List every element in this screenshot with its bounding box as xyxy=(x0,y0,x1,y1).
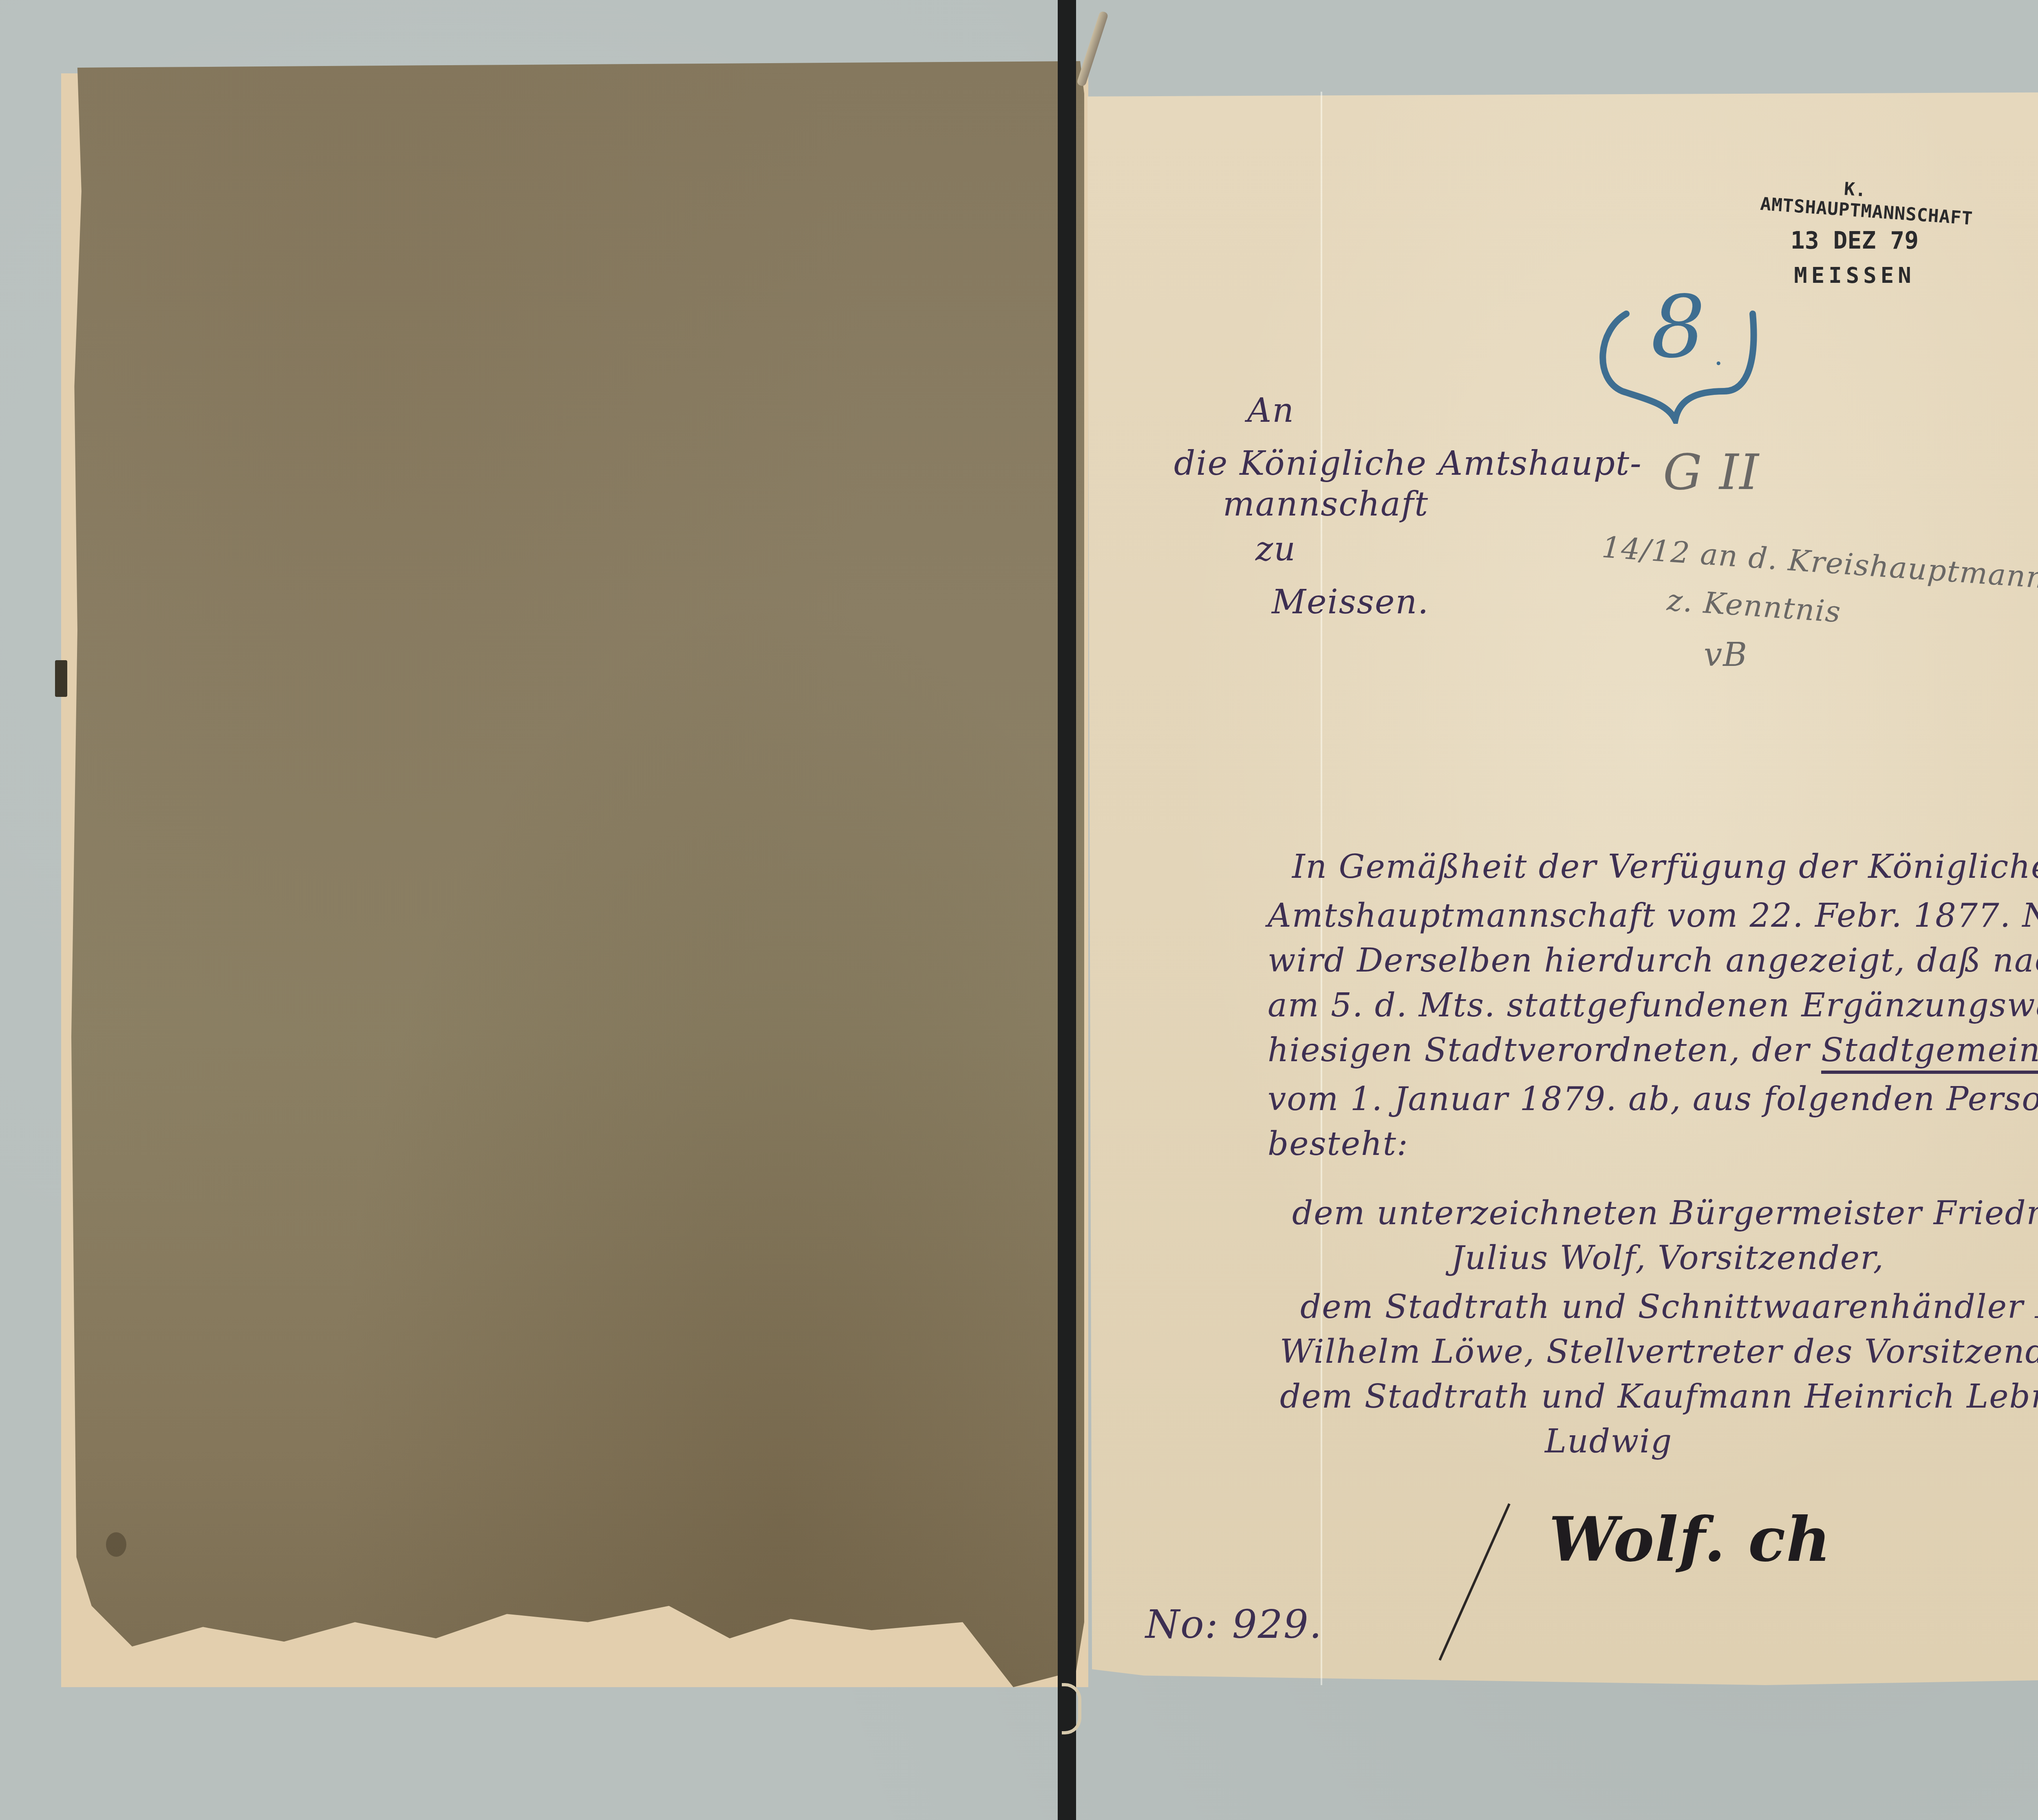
folder-cover xyxy=(71,61,1084,1687)
cover-tear xyxy=(55,660,67,697)
member-line-3: dem Stadtrath und Schnittwaarenhändler E… xyxy=(1300,1288,2038,1326)
folio-dot: . xyxy=(1714,338,1723,372)
pencil-initials: vB xyxy=(1704,636,1748,674)
member-line-5: dem Stadtrath und Kaufmann Heinrich Lebr… xyxy=(1280,1377,2038,1415)
body-line-5-text: hiesigen Stadtverordneten, der xyxy=(1268,1031,1810,1069)
member-line-4: Wilhelm Löwe, Stellvertreter des Vorsitz… xyxy=(1280,1333,2038,1371)
cover-stain xyxy=(106,1532,126,1557)
member-line-6: Ludwig xyxy=(1545,1422,1672,1460)
stamp-authority: K. AMTSHAUPTMANNSCHAFT xyxy=(1760,173,1950,227)
address-line-4: zu xyxy=(1255,530,1296,568)
member-line-1: dem unterzeichneten Bürgermeister Friedr… xyxy=(1292,1194,2038,1232)
body-line-2: Amtshauptmannschaft vom 22. Febr. 1877. … xyxy=(1268,897,2038,934)
binding-spine xyxy=(1058,0,1076,1820)
body-line-3: wird Derselben hierdurch angezeigt, daß … xyxy=(1268,941,2038,979)
body-line-7: besteht: xyxy=(1268,1125,1409,1163)
reference-number: No: 929. xyxy=(1145,1602,1322,1647)
underlined-term: Stadtgemeinderath xyxy=(1821,1031,2038,1074)
body-line-6: vom 1. Januar 1879. ab, aus folgenden Pe… xyxy=(1268,1080,2038,1118)
signature: Wolf. ch xyxy=(1549,1504,1831,1575)
folio-mark: 8 . xyxy=(1577,269,1789,424)
address-line-1: An xyxy=(1247,391,1295,430)
binding-cord-bottom xyxy=(1062,1683,1081,1734)
address-line-2: die Königliche Amtshaupt- xyxy=(1174,444,1642,483)
body-line-5: hiesigen Stadtverordneten, der Stadtgeme… xyxy=(1268,1031,2038,1069)
page-fold-line xyxy=(1321,92,1322,1685)
address-line-5: Meissen. xyxy=(1272,583,1429,621)
address-line-3: mannschaft xyxy=(1223,485,1429,524)
stamp-date: 13 DEZ 79 xyxy=(1761,227,1948,254)
body-line-1: In Gemäßheit der Verfügung der Königlich… xyxy=(1292,848,2038,886)
member-line-2: Julius Wolf, Vorsitzender, xyxy=(1451,1239,1884,1277)
body-line-4: am 5. d. Mts. stattgefundenen Ergänzungs… xyxy=(1268,986,2038,1024)
pencil-class-mark: G II xyxy=(1663,444,1760,501)
folio-number: 8 xyxy=(1651,277,1705,377)
